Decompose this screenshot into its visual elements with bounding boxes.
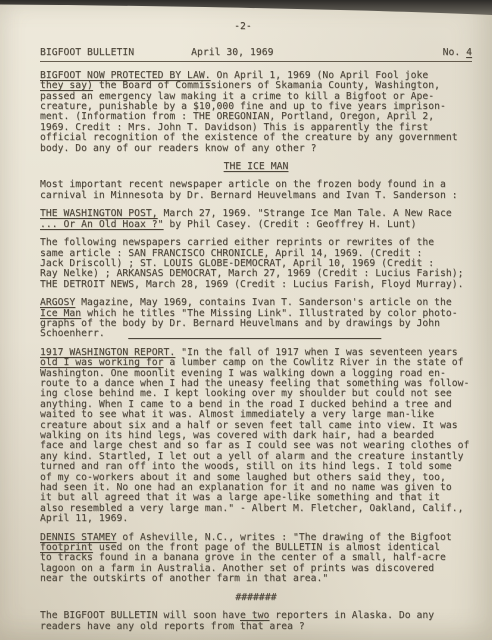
ice-man-intro-paragraph: Most important recent newspaper article …	[40, 180, 472, 201]
text-segment: THE ICE MAN	[224, 161, 289, 172]
text-segment: the Board of Commissioners of Skamania C…	[93, 80, 440, 91]
text-segment: Schoenherr.	[40, 328, 128, 339]
text-segment: area ?	[264, 621, 305, 632]
issue-label: No.	[443, 47, 467, 58]
text-line: near the outskirts of another farm in th…	[40, 574, 472, 584]
text-segment: face and large chest and so far as I cou…	[40, 440, 469, 451]
text-line: THE ICE MAN	[40, 162, 472, 172]
text-segment: by Phil Casey. (Credit : Geoffrey H. Lun…	[164, 219, 417, 230]
scanned-page: -2- BIGFOOT BULLETIN April 30, 1969 No. …	[0, 0, 492, 640]
law-paragraph: BIGFOOT NOW PROTECTED BY LAW. On April 1…	[40, 71, 472, 154]
issue-number: 4	[466, 47, 472, 58]
text-segment: Magazine, May 1969, contains Ivan T. San…	[75, 297, 451, 308]
text-segment: Ray Nelke) ; ARKANSAS DEMOCRAT, March 27…	[40, 268, 464, 279]
text-segment: #######	[235, 592, 276, 603]
text-line: carnival in Minnesota by Dr. Bernard Heu…	[40, 191, 472, 201]
washington-post-paragraph: THE WASHINGTON POST, March 27, 1969. "St…	[40, 209, 472, 230]
text-segment: official recognition of the existence of…	[40, 132, 458, 143]
text-segment: The following newspapers carried either …	[40, 237, 434, 248]
text-segment: two	[252, 610, 270, 621]
text-segment: old I was working for	[40, 357, 164, 368]
text-segment: near the outskirts of another farm in th…	[40, 573, 328, 584]
text-segment: April 11, 1969.	[40, 513, 128, 524]
dennis-stamey-paragraph: DENNIS STAMEY of Asheville, N.C., writes…	[40, 533, 472, 585]
text-segment: turned and ran off into the woods, still…	[40, 461, 452, 472]
text-segment: body. Do any of our readers know of any …	[40, 143, 316, 154]
text-segment: ing close behind me. I kept looking over…	[40, 388, 452, 399]
text-segment: of Asheville, N.C., writes : "The drawin…	[116, 532, 451, 543]
text-segment: DENNIS STAMEY	[40, 532, 116, 543]
text-line: #######	[40, 593, 472, 603]
bulletin-title: BIGFOOT BULLETIN	[40, 48, 134, 58]
washington-1917-paragraph: 1917 WASHINGTON REPORT. "In the fall of …	[40, 348, 472, 525]
text-segment: which he titles "The Missing Link". Illu…	[81, 308, 457, 319]
text-segment: THE DETROIT NEWS, March 28, 1969 (Credit…	[40, 279, 464, 290]
text-segment: THE WASHINGTON POST,	[40, 208, 158, 219]
bulletin-header: BIGFOOT BULLETIN April 30, 1969 No. 4	[40, 48, 472, 61]
text-segment: The BIGFOOT BULLETIN will soon have	[40, 610, 252, 621]
reprints-paragraph: The following newspapers carried either …	[40, 238, 472, 290]
text-segment: of my co-workers about it and some laugh…	[40, 472, 446, 483]
text-segment	[128, 328, 381, 339]
bulletin-issue: No. 4	[443, 48, 472, 58]
text-segment: waited to see what it was. Almost immedi…	[40, 409, 434, 420]
text-segment: to tracks found in a banana grove in the…	[40, 552, 446, 563]
typewritten-text-block: -2- BIGFOOT BULLETIN April 30, 1969 No. …	[40, 22, 472, 640]
text-line: Schoenherr.	[40, 329, 472, 339]
document-body: BIGFOOT NOW PROTECTED BY LAW. On April 1…	[40, 71, 472, 632]
text-segment: ... Or An Old Hoax ?"	[40, 219, 164, 230]
text-segment: they say)	[40, 80, 93, 91]
text-segment: March 27, 1969. "Strange Ice Man Tale. A…	[158, 208, 452, 219]
text-segment: same article : SAN FRANCISCO CHRONICLE, …	[40, 248, 422, 259]
text-segment: that	[240, 621, 264, 632]
text-segment: Ice Man	[40, 308, 81, 319]
text-segment: Most important recent newspaper article …	[40, 179, 446, 190]
text-line: body. Do any of our readers know of any …	[40, 144, 472, 154]
text-segment: reporters in Alaska. Do any	[269, 610, 434, 621]
text-line: readers have any old reports from that a…	[40, 622, 472, 632]
text-segment: it but all agreed that it was a large ap…	[40, 492, 440, 503]
page-number: -2-	[14, 22, 472, 32]
asterisk-divider: #######	[40, 593, 472, 603]
text-segment: creature about six and a half or seven f…	[40, 420, 458, 431]
argosy-paragraph: ARGOSY Magazine, May 1969, contains Ivan…	[40, 298, 472, 340]
photo-background-edge	[0, 0, 492, 18]
text-segment: carnival in Minnesota by Dr. Bernard Heu…	[40, 190, 458, 201]
text-segment: ment. (Information from : THE OREGONIAN,…	[40, 111, 434, 122]
text-line: THE DETROIT NEWS, March 28, 1969 (Credit…	[40, 280, 472, 290]
text-segment: readers have any old reports from	[40, 621, 240, 632]
text-segment: ARGOSY	[40, 297, 75, 308]
text-segment: a lumber camp on the Cowlitz River in th…	[164, 357, 464, 368]
text-segment: passed an emergency law making it a crim…	[40, 91, 434, 102]
text-line: April 11, 1969.	[40, 514, 472, 524]
ice-man-heading: THE ICE MAN	[40, 162, 472, 172]
bulletin-date: April 30, 1969	[191, 48, 273, 58]
text-segment: Washington. One moonlit evening I was wa…	[40, 368, 446, 379]
text-line: ... Or An Old Hoax ?" by Phil Casey. (Cr…	[40, 220, 472, 230]
alaska-paragraph: The BIGFOOT BULLETIN will soon have two …	[40, 611, 472, 632]
